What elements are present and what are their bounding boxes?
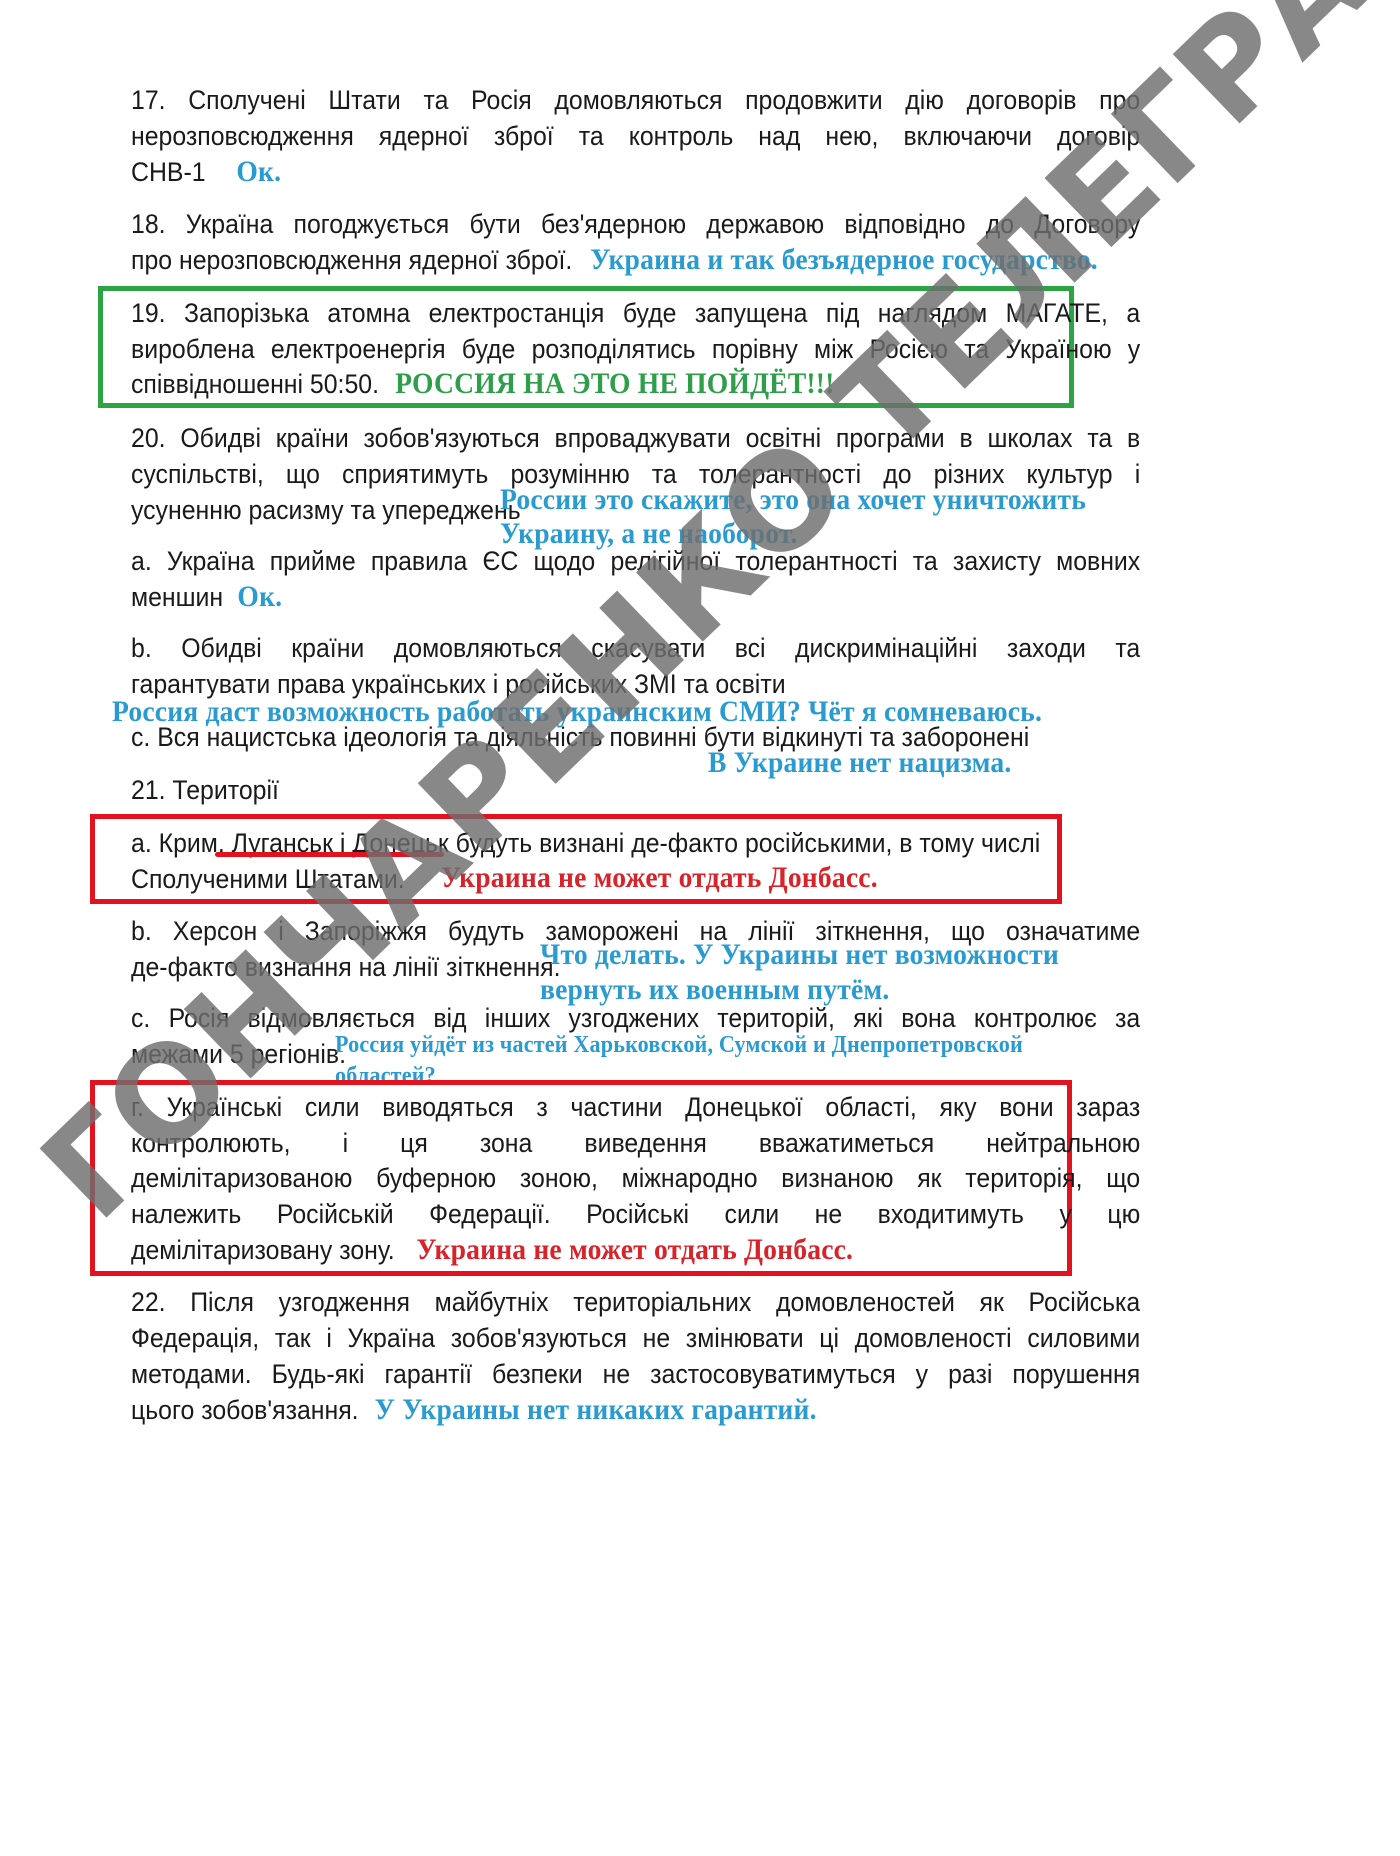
p19-comment: РОССИЯ НА ЭТО НЕ ПОЙДЁТ!!! <box>395 367 834 400</box>
p21d-line-1: г. Українські сили виводяться з частини … <box>131 1089 1140 1125</box>
p17-line-1: 17. Сполучені Штати та Росія домовляютьс… <box>131 82 1140 118</box>
p17-line-2: нерозповсюдження ядерної зброї та контро… <box>131 118 1140 154</box>
p21d-line-4: належить Російській Федерації. Російські… <box>131 1196 1140 1232</box>
p22-line-3: методами. Будь-які гарантії безпеки не з… <box>131 1356 1140 1392</box>
p19-text: співвідношенні 50:50. <box>131 369 379 399</box>
p17-comment: Ок. <box>236 155 281 188</box>
p22-text: цього зобов'язання. <box>131 1395 359 1425</box>
p21d-line-5: демілітаризовану зону. Украина не может … <box>131 1232 1140 1268</box>
p21d-line-3: демілітаризованою буферною зоною, міжнар… <box>131 1160 1140 1196</box>
p18-text: про нерозповсюдження ядерної зброї. <box>131 245 572 275</box>
p17-line-3: СНВ-1 Ок. <box>131 154 1140 190</box>
p21d-text: демілітаризовану зону. <box>131 1235 395 1265</box>
p21c-comment-1: Россия уйдёт из частей Харьковской, Сумс… <box>335 1027 1023 1063</box>
p20a-text: меншин <box>131 582 223 612</box>
p20-line-1: 20. Обидві країни зобов'язуються впровад… <box>131 420 1140 456</box>
p17-text: СНВ-1 <box>131 157 206 187</box>
p22-comment: У Украины нет никаких гарантий. <box>375 1393 817 1426</box>
document-page: 17. Сполучені Штати та Росія домовляютьс… <box>0 0 1400 1856</box>
p21-heading: 21. Території <box>131 772 1140 808</box>
p21d-line-2: контролюють, і ця зона виведення вважати… <box>131 1125 1140 1161</box>
p21d-comment: Украина не может отдать Донбасс. <box>416 1233 853 1266</box>
p22-line-1: 22. Після узгодження майбутніх територіа… <box>131 1284 1140 1320</box>
p21b-comment-1: Что делать. У Украины нет возможности <box>540 937 1059 973</box>
p22-line-2: Федерація, так і Україна зобов'язуються … <box>131 1320 1140 1356</box>
p22-line-4: цього зобов'язання. У Украины нет никаки… <box>131 1392 1140 1428</box>
p20a-comment: Ок. <box>237 580 282 613</box>
